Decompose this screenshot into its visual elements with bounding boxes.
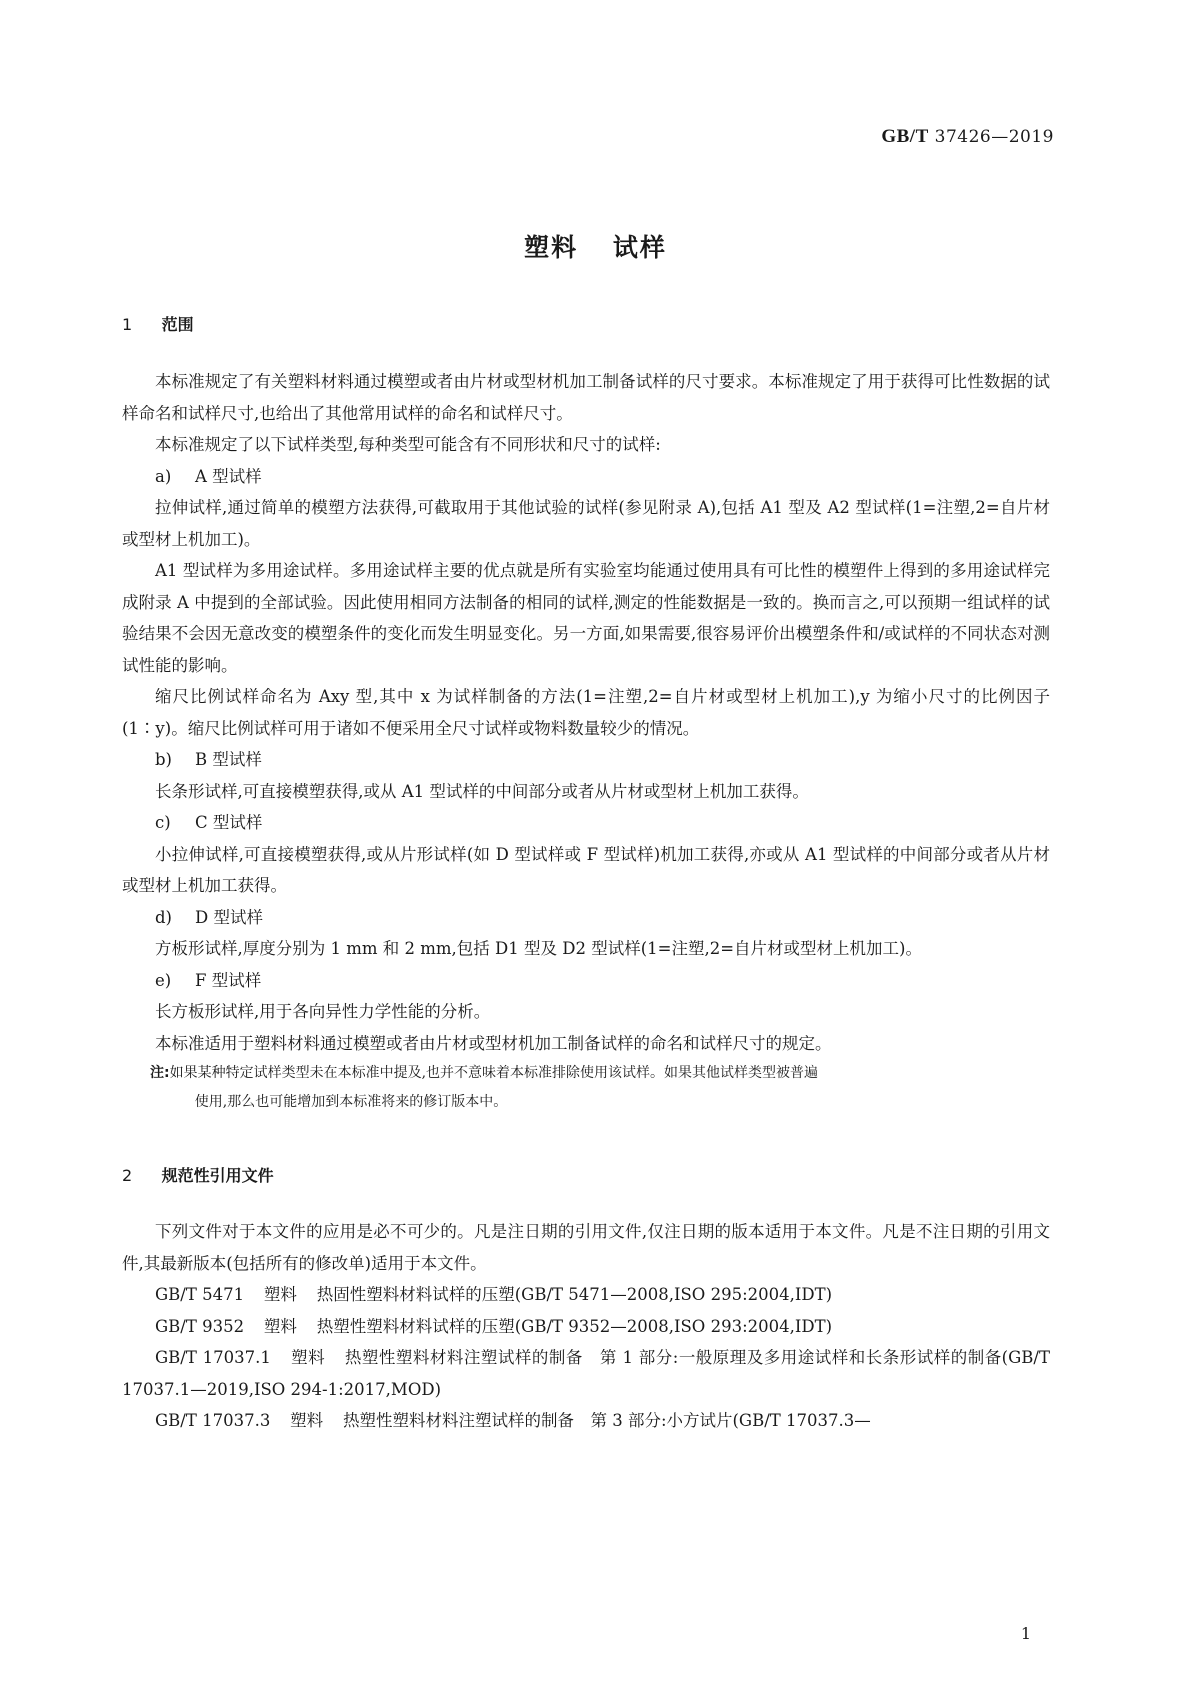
section-1-body: 本标准规定了有关塑料材料通过模塑或者由片材或型材机加工制备试样的尺寸要求。本标准…	[122, 366, 1050, 1117]
note-line-1: 如果某种特定试样类型未在本标准中提及,也并不意味着本标准排除使用该试样。如果其他…	[170, 1065, 818, 1081]
reference-item: GB/T 17037.3塑料热塑性塑料材料注塑试样的制备 第 3 部分:小方试片…	[122, 1405, 1050, 1437]
paragraph: 小拉伸试样,可直接模塑获得,或从片形试样(如 D 型试样或 F 型试样)机加工获…	[122, 839, 1050, 902]
note: 注:如果某种特定试样类型未在本标准中提及,也并不意味着本标准排除使用该试样。如果…	[122, 1059, 1050, 1117]
reference-item: GB/T 5471塑料热固性塑料材料试样的压塑(GB/T 5471—2008,I…	[122, 1279, 1050, 1311]
section-1-heading: 1 范围	[122, 312, 194, 335]
paragraph: 长条形试样,可直接模塑获得,或从 A1 型试样的中间部分或者从片材或型材上机加工…	[122, 776, 1050, 808]
paragraph: 拉伸试样,通过简单的模塑方法获得,可截取用于其他试验的试样(参见附录 A),包括…	[122, 492, 1050, 555]
paragraph: 下列文件对于本文件的应用是必不可少的。凡是注日期的引用文件,仅注日期的版本适用于…	[122, 1216, 1050, 1279]
paragraph: 本标准规定了有关塑料材料通过模塑或者由片材或型材机加工制备试样的尺寸要求。本标准…	[122, 366, 1050, 429]
scope-closing: 本标准适用于塑料材料通过模塑或者由片材或型材机加工制备试样的命名和试样尺寸的规定…	[122, 1028, 1050, 1060]
title-part-2: 试样	[613, 233, 667, 262]
standard-number: GB/T 37426—2019	[881, 126, 1054, 148]
list-item-a: a)A 型试样	[122, 461, 1050, 493]
section-2-body: 下列文件对于本文件的应用是必不可少的。凡是注日期的引用文件,仅注日期的版本适用于…	[122, 1216, 1050, 1437]
document-title: 塑料 试样	[0, 228, 1191, 264]
title-part-1: 塑料	[524, 233, 578, 262]
section-title: 规范性引用文件	[162, 1166, 274, 1185]
paragraph: A1 型试样为多用途试样。多用途试样主要的优点就是所有实验室均能通过使用具有可比…	[122, 555, 1050, 681]
list-item-c: c)C 型试样	[122, 807, 1050, 839]
section-title: 范围	[162, 315, 194, 334]
reference-item: GB/T 17037.1塑料热塑性塑料材料注塑试样的制备 第 1 部分:一般原理…	[122, 1342, 1050, 1405]
note-line-2: 使用,那么也可能增加到本标准将来的修订版本中。	[150, 1088, 1050, 1117]
standard-prefix: GB/T	[881, 126, 928, 147]
page-number: 1	[1021, 1624, 1031, 1643]
list-item-d: d)D 型试样	[122, 902, 1050, 934]
section-number: 2	[122, 1166, 156, 1185]
list-item-e: e)F 型试样	[122, 965, 1050, 997]
standard-code: 37426—2019	[935, 127, 1054, 147]
paragraph: 缩尺比例试样命名为 Axy 型,其中 x 为试样制备的方法(1=注塑,2=自片材…	[122, 681, 1050, 744]
paragraph: 长方板形试样,用于各向异性力学性能的分析。	[122, 996, 1050, 1028]
list-item-b: b)B 型试样	[122, 744, 1050, 776]
reference-item: GB/T 9352塑料热塑性塑料材料试样的压塑(GB/T 9352—2008,I…	[122, 1311, 1050, 1343]
section-2-heading: 2 规范性引用文件	[122, 1163, 274, 1186]
paragraph: 本标准规定了以下试样类型,每种类型可能含有不同形状和尺寸的试样:	[122, 429, 1050, 461]
paragraph: 方板形试样,厚度分别为 1 mm 和 2 mm,包括 D1 型及 D2 型试样(…	[122, 933, 1050, 965]
note-label: 注:	[150, 1065, 170, 1081]
section-number: 1	[122, 315, 156, 334]
